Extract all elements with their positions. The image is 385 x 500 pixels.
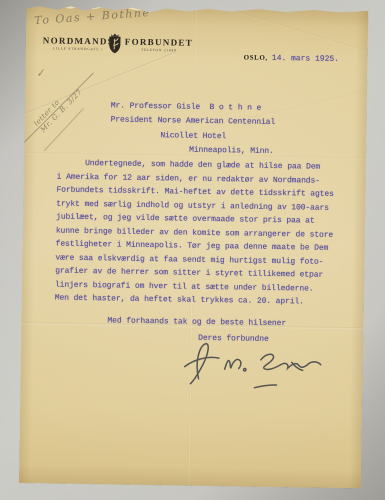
- crowned-lion-shield-icon: [107, 32, 123, 59]
- photo-backdrop: { "annotations": { "top_note": "To Oas +…: [0, 0, 385, 500]
- dateline: OSLO, 14. mars 1925.: [244, 53, 340, 63]
- org-address: LILLE STRANDGATE 1: [43, 46, 114, 51]
- recipient-city: Minneapolis, Minn.: [189, 146, 274, 156]
- dateline-place: OSLO,: [244, 53, 268, 61]
- dateline-date: 14. mars 1925.: [272, 54, 339, 64]
- recipient-name: Mr. Professor Gisle B o t h n e: [111, 101, 262, 112]
- letterhead-right-block: FORBUNDET TELEFON 21898: [125, 37, 193, 53]
- signature: J. N. Saxe: [182, 339, 328, 395]
- letterhead-left-block: NORDMANDS LILLE STRANDGATE 1: [43, 35, 114, 51]
- org-name-left: NORDMANDS: [43, 35, 114, 46]
- pencil-check-mark: ✓: [35, 68, 45, 80]
- letter-paper: To Oas + Bothne ✓ letter to Mr. G. B. 3/…: [19, 4, 368, 488]
- recipient-hotel: Nicollet Hotel: [160, 131, 226, 141]
- signature-ink: [182, 339, 328, 395]
- pencil-top-note: To Oas + Bothne: [34, 6, 151, 27]
- closing-thanks: Med forhaands tak og de beste hilsener: [107, 316, 286, 328]
- recipient-title: President Norse American Centennial: [111, 115, 276, 127]
- org-telephone: TELEFON 21898: [125, 48, 193, 53]
- letter-body: Undertegnede, som hadde den glæde at hil…: [55, 157, 349, 310]
- org-name-right: FORBUNDET: [125, 37, 193, 48]
